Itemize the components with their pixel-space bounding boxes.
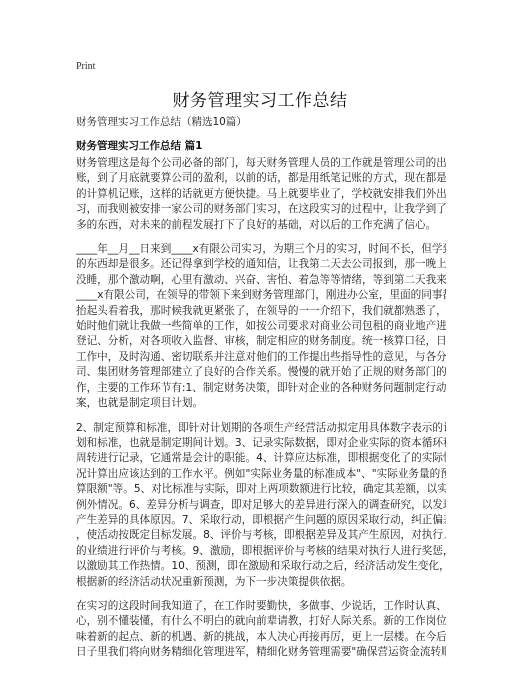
text-line: 的计算机记账，这样的话就更方便快捷。马上就要毕业了，学校就安排我们外出实 <box>76 187 446 202</box>
text-line: 以激励其工作热情。10、预测，即在激励和采取行动之后，经济活动发生变化，要 <box>76 559 446 574</box>
text-line: ，使活动按既定目标发展。8、评价与考核，即根据差异及其产生原因，对执行人 <box>76 528 446 543</box>
text-line: 司、集团财务管理部建立了良好的合作关系。慢慢的就开始了正规的财务部门的工 <box>76 365 446 380</box>
text-line: 登记、分析，对各项收入监督、审核，制定相应的财务制度。统一核算口径，日常 <box>76 334 446 349</box>
section-heading: 财务管理实习工作总结 篇1 <box>76 138 202 153</box>
text-line: 抬起头看着我，那时候我就更紧张了，在领导的一一介绍下，我们就都熟悉了，开 <box>76 304 446 319</box>
text-line: 习，而我则被安排一家公司的财务部门实习，在这段实习的过程中，让我学到了很 <box>76 202 446 217</box>
text-line: 心，别不懂装懂，有什么不明白的就向前辈请教，打好人际关系。新的工作岗位意 <box>76 614 446 629</box>
text-line: 财务管理这是每个公司必备的部门，每天财务管理人员的工作就是管理公司的出入 <box>76 156 446 171</box>
text-line: 况计算出应该达到的工作水平。例如"实际业务量的标准成本"、"实际业务量的预 <box>76 467 446 482</box>
text-line: 产生差异的具体原因。7、采取行动，即根据产生问题的原因采取行动，纠正偏差 <box>76 513 446 528</box>
print-label: Print <box>76 61 95 72</box>
paragraph-2: ____年__月__日来到____x有限公司实习，为期三个月的实习，时间不长，但… <box>76 242 446 411</box>
text-line: 根据新的经济活动状况重新预测，为下一步决策提供依据。 <box>76 575 446 590</box>
text-line: 多的东西，对未来的前程发展打下了良好的基础，对以后的工作充满了信心。 <box>76 218 446 233</box>
text-line: 账，到了月底就要算公司的盈利，以前的话，都是用纸笔记账的方式，现在都是用 <box>76 171 446 186</box>
text-line: 工作中，及时沟通、密切联系并注意对他们的工作提出些指导性的意见，与各分公 <box>76 350 446 365</box>
paragraph-4: 在实习的这段时间我知道了，在工作时要勤快，多做事、少说话，工作时认真、细 心，别… <box>76 599 446 661</box>
text-line: 味着新的起点、新的机遇、新的挑战，本人决心再接再厉，更上一层楼。在今后的 <box>76 630 446 645</box>
text-line: 日子里我们将向财务精细化管理进军，精细化财务管理需要"确保营运资金流转顺 <box>76 645 446 660</box>
paragraph-1: 财务管理这是每个公司必备的部门，每天财务管理人员的工作就是管理公司的出入 账，到… <box>76 156 446 233</box>
text-line: 划和标准，也就是制定期间计划。3、记录实际数据，即对企业实际的资本循环和 <box>76 436 446 451</box>
text-line: 算限额"等。5、对比标准与实际，即对上两项数额进行比较，确定其差额，以实现 <box>76 482 446 497</box>
text-line: 作，主要的工作环节有:1、制定财务决策，即针对企业的各种财务问题制定行动方 <box>76 381 446 396</box>
document-body: 财务管理这是每个公司必备的部门，每天财务管理人员的工作就是管理公司的出入 账，到… <box>76 156 446 670</box>
text-line: 的业绩进行评价与考核。9、激励，即根据评价与考核的结果对执行人进行奖惩， <box>76 544 446 559</box>
document-subtitle: 财务管理实习工作总结（精选10篇） <box>76 114 247 129</box>
text-line: 没睡，那个激动啊，心里有激动、兴奋、害怕、着急等等情绪，等到第二天我来到 <box>76 273 446 288</box>
text-line: 的东西却是很多。还记得拿到学校的通知信，让我第二天去公司报到，那一晚上都 <box>76 257 446 272</box>
text-line: 周转进行记录，它通常是会计的职能。4、计算应达标准，即根据变化了的实际情 <box>76 451 446 466</box>
text-line: ____x有限公司，在领导的带领下来到财务管理部门，刚进办公室，里面的同事都 <box>76 288 446 303</box>
text-line: 始时他们就让我做一些简单的工作，如按公司要求对商业公司包租的商业地产进行 <box>76 319 446 334</box>
document-title: 财务管理实习工作总结 <box>0 86 520 111</box>
text-line: 2、制定预算和标准，即针对计划期的各项生产经营活动拟定用具体数字表示的计 <box>76 421 446 436</box>
text-line: ____年__月__日来到____x有限公司实习，为期三个月的实习，时间不长，但… <box>76 242 446 257</box>
paragraph-3: 2、制定预算和标准，即针对计划期的各项生产经营活动拟定用具体数字表示的计 划和标… <box>76 421 446 590</box>
text-line: 在实习的这段时间我知道了，在工作时要勤快，多做事、少说话，工作时认真、细 <box>76 599 446 614</box>
text-line: 例外情况。6、差异分析与调查，即对足够大的差异进行深入的调查研究，以发现 <box>76 498 446 513</box>
text-line: 案，也就是制定项目计划。 <box>76 396 446 411</box>
